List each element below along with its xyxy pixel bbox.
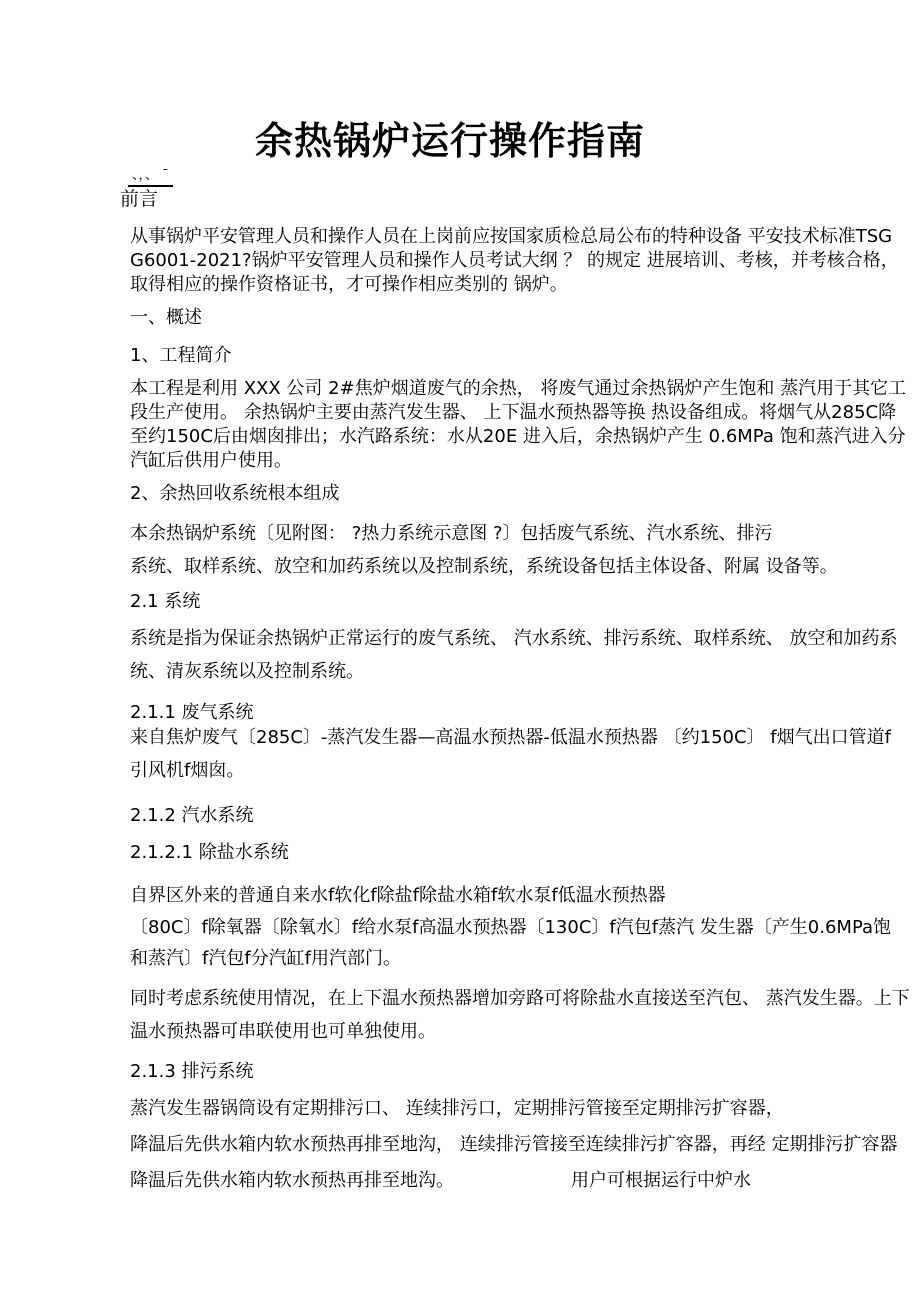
heading-overview: 一、概述 [130,307,202,328]
paragraph-line: 降温后先供水箱内软水预热再排至地沟， 连续排污管接至连续排污扩容器，再经 定期排… [130,1127,916,1163]
heading-waste-gas-system: 2.1.1 废气系统 [130,702,254,723]
paragraph-waste-gas: 来自焦炉废气〔285C〕-蒸汽发生器—高温水预热器-低温水预热器 〔约150C〕… [130,721,916,787]
heading-system-composition: 2、余热回收系统根本组成 [130,483,339,504]
heading-demineralized-water-system: 2.1.2.1 除盐水系统 [130,842,289,863]
paragraph-line: 段生产使用。 余热锅炉主要由蒸汽发生器、 上下温水预热器等换 热设备组成。将烟气… [130,401,916,425]
paragraph-demineralized: 自界区外来的普通自来水f软化f除盐f除盐水箱f软水泵f低温水预热器 〔80C〕f… [130,880,916,975]
heading-steam-water-system: 2.1.2 汽水系统 [130,805,254,826]
paragraph-line: 从事锅炉平安管理人员和操作人员在上岗前应按国家质检总局公布的特种设备 平安技术标… [130,225,916,249]
paragraph-blowdown: 蒸汽发生器锅筒设有定期排污口、 连续排污口，定期排污管接至定期排污扩容器， 降温… [130,1091,916,1199]
paragraph-project-intro: 本工程是利用 XXX 公司 2#焦炉烟道废气的余热， 将废气通过余热锅炉产生饱和… [130,377,916,473]
paragraph-line: 汽缸后供用户使用。 [130,449,916,473]
paragraph-preheater-note: 同时考虑系统使用情况，在上下温水预热器增加旁路可将除盐水直接送至汽包、 蒸汽发生… [130,982,916,1048]
paragraph-system: 系统是指为保证余热锅炉正常运行的废气系统、 汽水系统、排污系统、取样系统、 放空… [130,622,916,688]
paragraph-line: 本余热锅炉系统〔见附图： ?热力系统示意图 ?〕包括废气系统、汽水系统、排污 [130,517,916,550]
corner-mark: 、，、 ˉ [128,168,173,187]
paragraph-line: 取得相应的操作资格证书，才可操作相应类别的 锅炉。 [130,273,916,297]
paragraph-line: 统、清灰系统以及控制系统。 [130,655,916,688]
paragraph-line: 〔80C〕f除氧器〔除氧水〕f给水泵f高温水预热器〔130C〕f汽包f蒸汽 发生… [130,912,916,944]
heading-project-intro: 1、工程简介 [130,345,231,366]
document-title: 余热锅炉运行操作指南 [0,110,900,165]
heading-system: 2.1 系统 [130,591,200,612]
paragraph-line: 自界区外来的普通自来水f软化f除盐f除盐水箱f软水泵f低温水预热器 [130,880,916,912]
paragraph-line: 系统、取样系统、放空和加药系统以及控制系统，系统设备包括主体设备、附属 设备等。 [130,550,916,583]
paragraph-line: 温水预热器可串联使用也可单独使用。 [130,1015,916,1048]
paragraph-line: 系统是指为保证余热锅炉正常运行的废气系统、 汽水系统、排污系统、取样系统、 放空… [130,622,916,655]
paragraph-line: 至约150C后由烟囱排出；水汽路系统：水从20E 进入后，余热锅炉产生 0.6M… [130,425,916,449]
paragraph-line: 同时考虑系统使用情况，在上下温水预热器增加旁路可将除盐水直接送至汽包、 蒸汽发生… [130,982,916,1015]
document-page: 余热锅炉运行操作指南 、，、 ˉ 前言 从事锅炉平安管理人员和操作人员在上岗前应… [0,0,920,1303]
heading-preface: 前言 [120,188,158,210]
paragraph-line: 引风机f烟囱。 [130,754,916,787]
heading-blowdown-system: 2.1.3 排污系统 [130,1061,254,1082]
paragraph-preface: 从事锅炉平安管理人员和操作人员在上岗前应按国家质检总局公布的特种设备 平安技术标… [130,225,916,297]
paragraph-line: 降温后先供水箱内软水预热再排至地沟。 用户可根据运行中炉水 [130,1163,916,1199]
paragraph-line: 本工程是利用 XXX 公司 2#焦炉烟道废气的余热， 将废气通过余热锅炉产生饱和… [130,377,916,401]
paragraph-composition: 本余热锅炉系统〔见附图： ?热力系统示意图 ?〕包括废气系统、汽水系统、排污 系… [130,517,916,583]
paragraph-line: 蒸汽发生器锅筒设有定期排污口、 连续排污口，定期排污管接至定期排污扩容器， [130,1091,916,1127]
paragraph-line: 和蒸汽〕f汽包f分汽缸f用汽部门。 [130,943,916,975]
paragraph-line: G6001-2021?锅炉平安管理人员和操作人员考试大纲 ？ 的规定 进展培训、… [130,249,916,273]
paragraph-line: 来自焦炉废气〔285C〕-蒸汽发生器—高温水预热器-低温水预热器 〔约150C〕… [130,721,916,754]
